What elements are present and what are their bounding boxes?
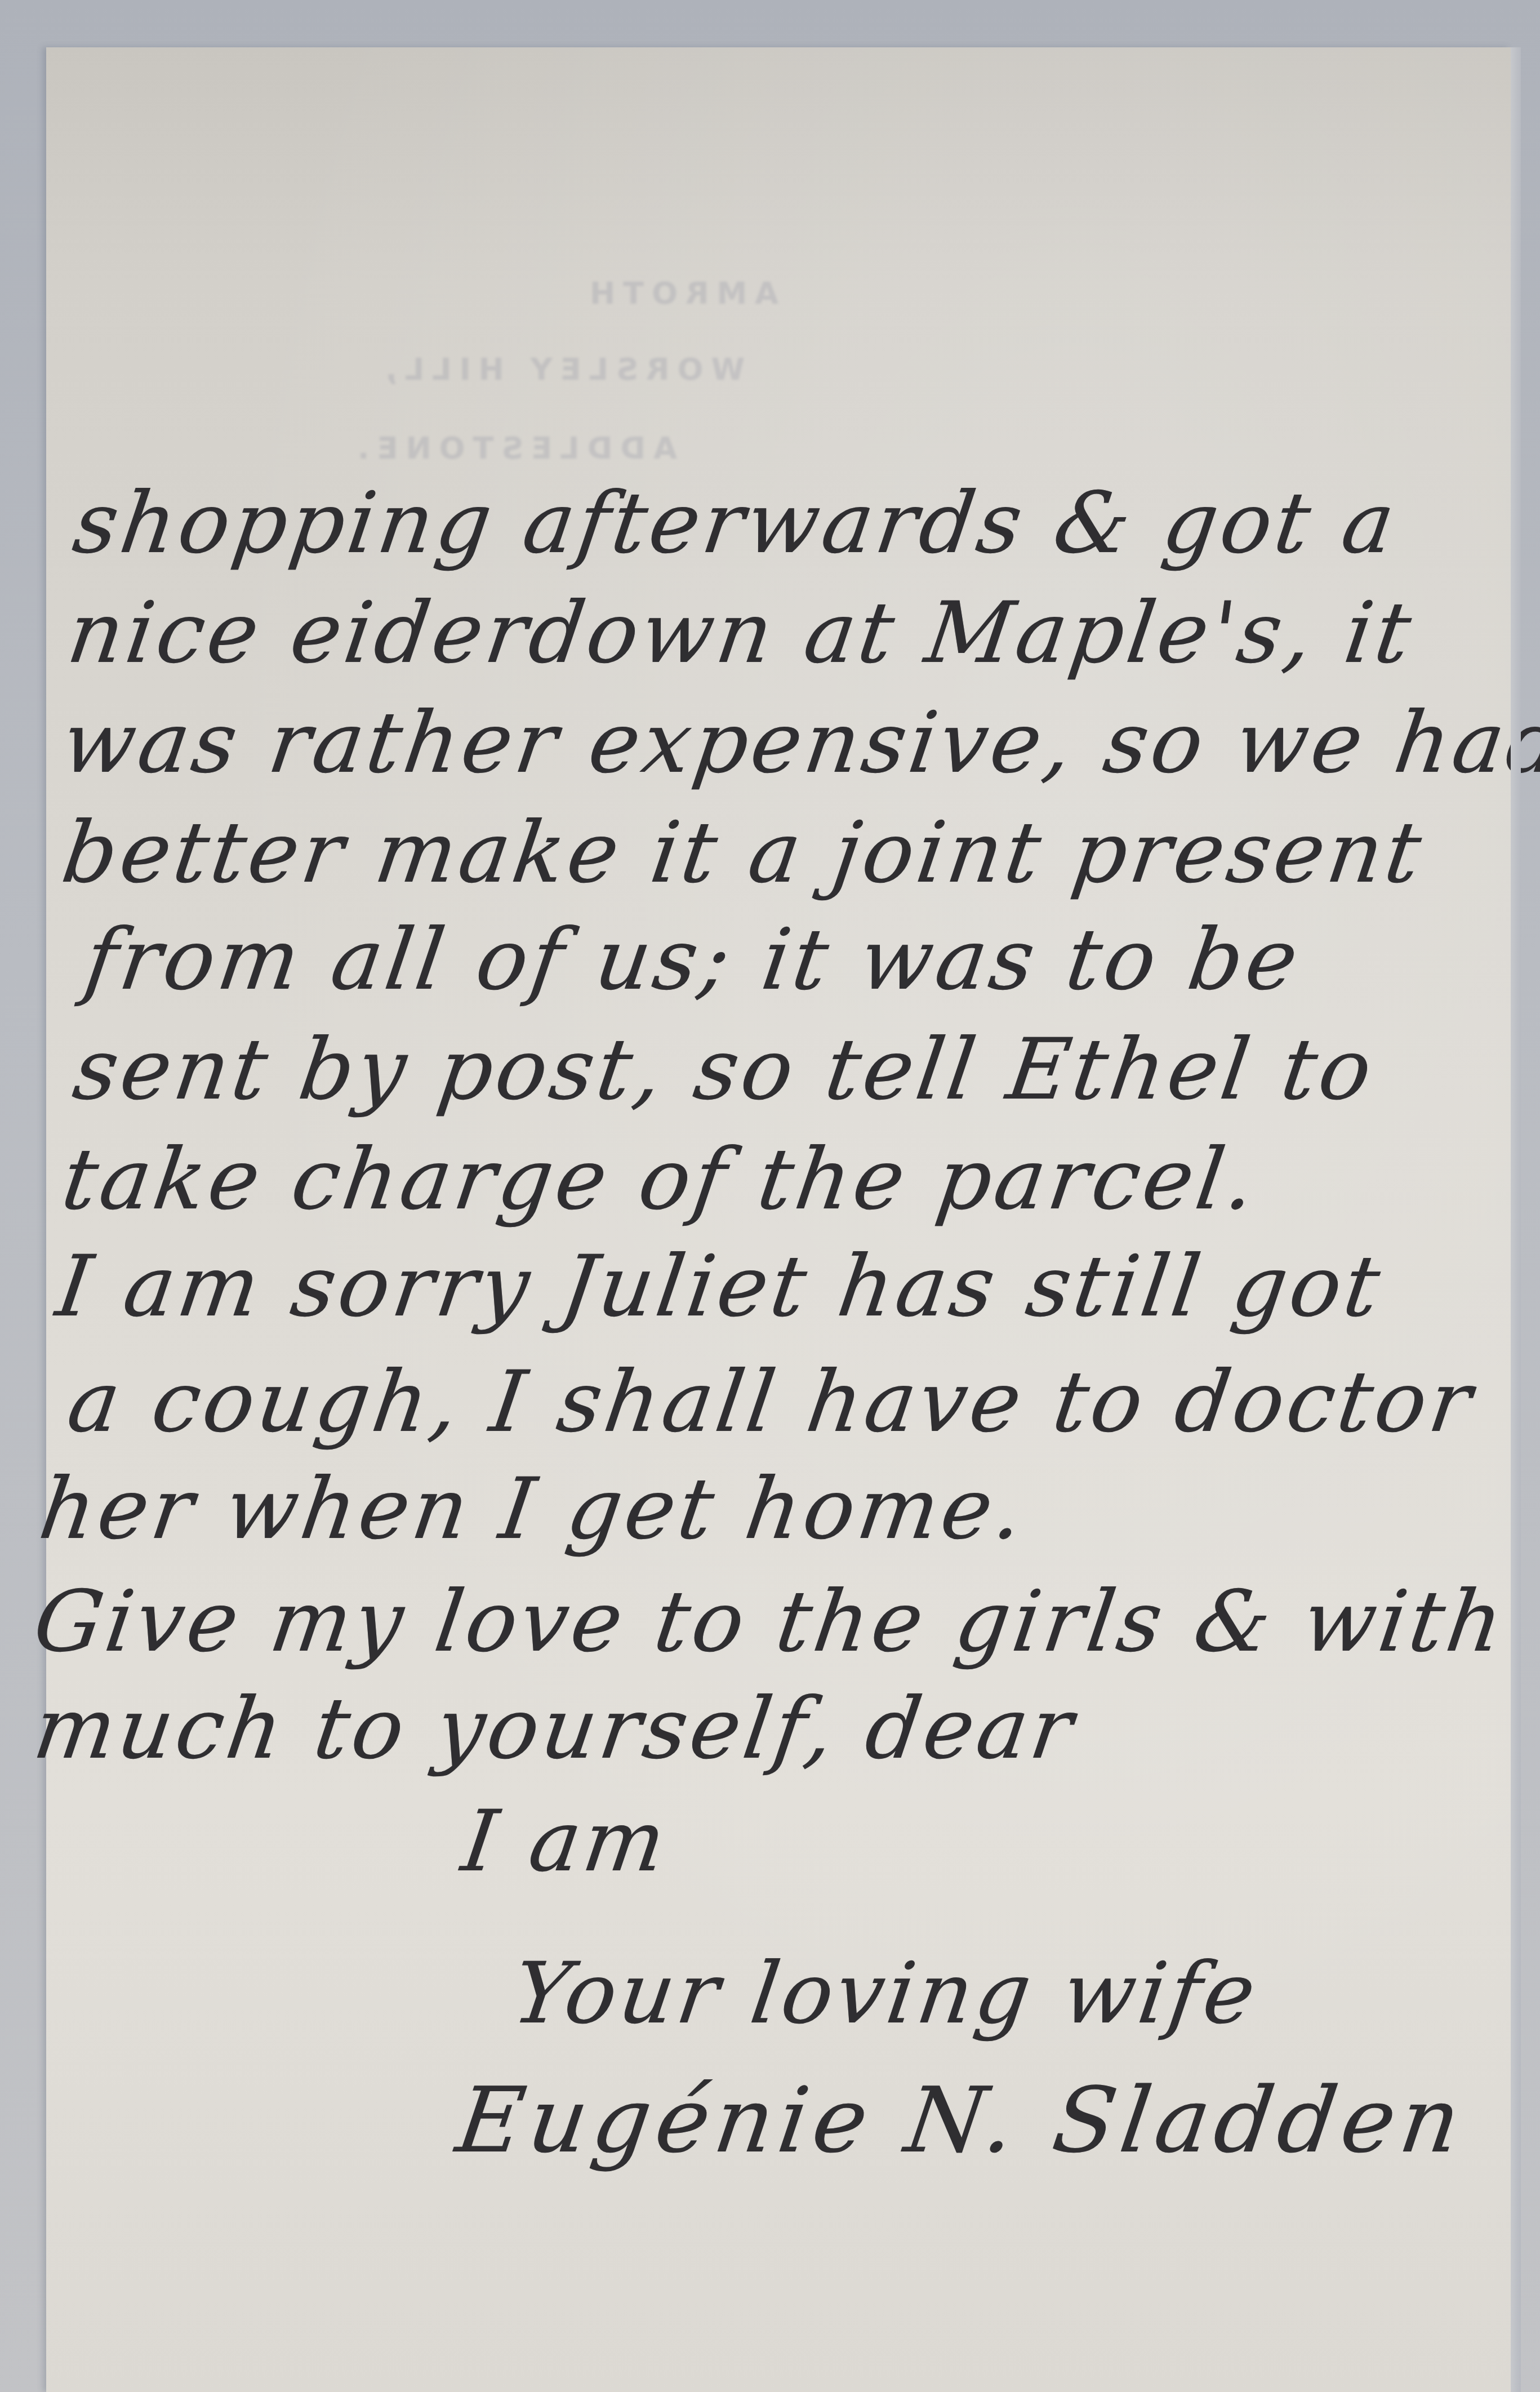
letter-line-1: shopping afterwards & got a bbox=[69, 481, 1403, 566]
letter-line-4: better make it a joint present bbox=[57, 811, 1429, 895]
letter-line-9: a cough, I shall have to doctor bbox=[63, 1360, 1480, 1444]
signature: Eugénie N. Sladden bbox=[452, 2075, 1471, 2166]
letter-line-7: take charge of the parcel. bbox=[57, 1137, 1263, 1222]
letter-page: AMROTH WORSLEY HILL, ADDLESTONE. shoppin… bbox=[46, 47, 1511, 2392]
letter-line-3: was rather expensive, so we had bbox=[57, 701, 1540, 785]
letter-line-6: sent by post, so tell Ethel to bbox=[69, 1028, 1380, 1112]
letter-line-12: much to yourself, dear bbox=[29, 1687, 1081, 1771]
letter-line-8: I am sorry Juliet has still got bbox=[52, 1244, 1388, 1329]
closing-line-1: I am bbox=[457, 1799, 674, 1884]
closing-line-2: Your loving wife bbox=[508, 1951, 1263, 2036]
letter-line-10: her when I get home. bbox=[35, 1467, 1031, 1551]
letter-line-2: nice eiderdown at Maple's, it bbox=[63, 591, 1419, 675]
letter-line-5: from all of us; it was to be bbox=[80, 918, 1306, 1002]
letter-line-11: Give my love to the girls & with bbox=[29, 1580, 1511, 1664]
